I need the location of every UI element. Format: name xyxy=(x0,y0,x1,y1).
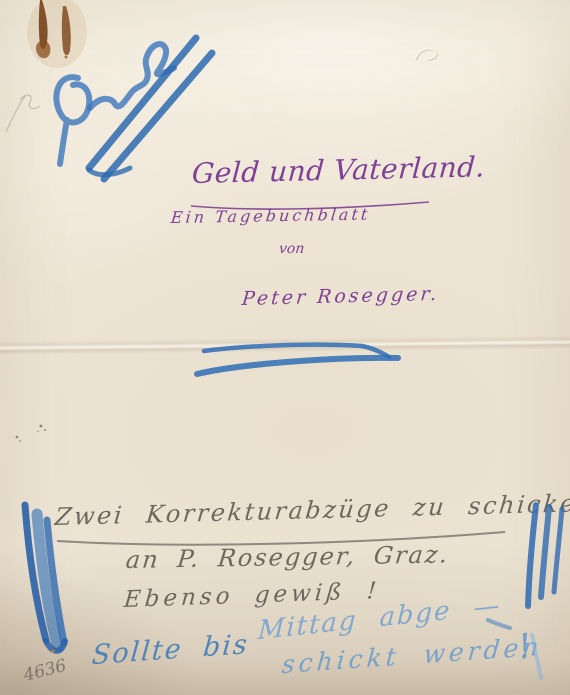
horizontal-fold-crease-mark xyxy=(0,335,570,355)
pencil-note-line-2: an P. Rosegger, Graz. xyxy=(125,540,451,574)
blue-diagonal-hook xyxy=(89,168,130,175)
blue-diagonal-stroke-1 xyxy=(89,38,196,168)
rust-stain-left xyxy=(39,0,48,49)
ink-specks xyxy=(16,425,46,442)
right-margin-stroke-1 xyxy=(528,505,536,606)
pencil-diagonal-mark xyxy=(6,96,25,132)
blind-embossed-stamp xyxy=(415,49,436,59)
blue-crayon-scrawl-wave xyxy=(90,44,174,108)
blind-embossed-stamp-shadow xyxy=(416,50,437,60)
manuscript-page: Geld und Vaterland. Ein Tagebuchblatt vo… xyxy=(0,0,570,695)
blue-note-line-1-start: Sollte bis xyxy=(91,629,251,671)
left-margin-curl xyxy=(46,641,65,651)
rust-stain-right xyxy=(62,6,71,55)
left-margin-stroke-3 xyxy=(47,520,64,643)
left-margin-stroke-1 xyxy=(25,505,46,640)
rust-stain-halo xyxy=(27,0,87,68)
left-margin-stroke-2 xyxy=(37,514,58,647)
title-handwriting: Geld und Vaterland. xyxy=(191,150,486,190)
orange-speck xyxy=(51,649,54,652)
subtitle-handwriting: Ein Tagebuchblatt xyxy=(170,205,371,228)
blue-horizontal-stroke-2 xyxy=(197,358,398,374)
right-margin-stroke-2 xyxy=(541,507,549,597)
byline-handwriting: von xyxy=(278,241,305,257)
pencil-scribble-mark xyxy=(20,95,40,109)
rust-stain-left-blob xyxy=(36,41,50,59)
rust-speck xyxy=(65,56,68,59)
author-signature: Peter Rosegger. xyxy=(241,283,441,310)
blue-crayon-scrawl-loop xyxy=(56,77,89,164)
right-margin-stroke-3 xyxy=(554,509,562,592)
inventory-number: 4636 xyxy=(22,656,69,686)
pencil-note-line-1: Zwei Korrekturabzüge zu schicken xyxy=(54,489,570,531)
